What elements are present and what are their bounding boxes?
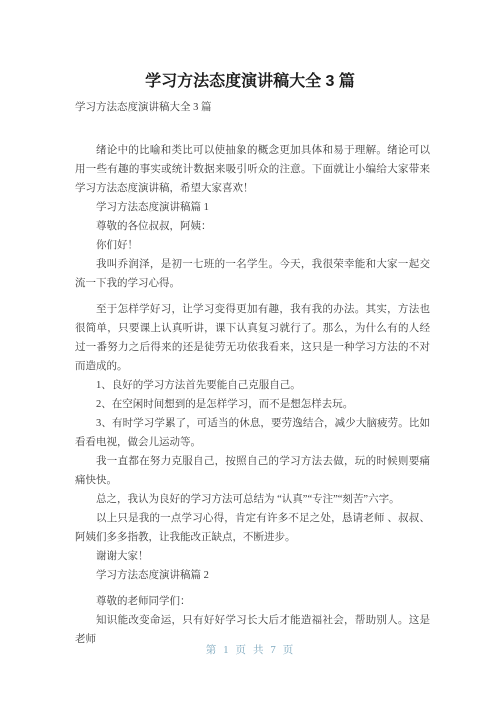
paragraph-list-item-3: 3、有时学习学累了，可适当的休息，要劳逸结合，减少大脑疲劳。比如看看电视，做会儿…: [75, 414, 430, 452]
paragraph-summary: 总之，我认为良好的学习方法可总结为 “认真”“专注”“刻苦”六字。: [75, 490, 430, 509]
paragraph-closing-remarks: 以上只是我的一点学习心得，肯定有许多不足之处，恳请老师 、叔叔、阿姨们多多指教，…: [75, 509, 430, 547]
section-heading-1: 学习方法态度演讲稿篇 1: [75, 198, 430, 217]
paragraph-list: 绪论中的比喻和类比可以使抽象的概念更加具体和易于理解。绪论可以用一些有趣的事实或…: [75, 141, 430, 649]
paragraph-list-item-2: 2、在空闲时间想到的是怎样学习，而不是想怎样去玩。: [75, 395, 430, 414]
page-footer: 第1页共7页: [0, 644, 500, 658]
paragraph-list-item-1: 1、良好的学习方法首先要能自己克服自己。: [75, 376, 430, 395]
footer-total-pages: 7: [271, 645, 277, 656]
footer-current-page: 1: [223, 645, 229, 656]
paragraph-salutation-1: 尊敬的各位叔叔，阿姨：: [75, 217, 430, 236]
paragraph-salutation-2: 尊敬的老师同学们：: [75, 592, 430, 611]
paragraph-thanks: 谢谢大家！: [75, 547, 430, 566]
footer-page-unit: 页: [236, 645, 248, 656]
section-heading-2: 学习方法态度演讲稿篇 2: [75, 566, 430, 585]
footer-page-label: 第: [206, 645, 218, 656]
document-content: 学习方法态度演讲稿大全 3 篇 绪论中的比喻和类比可以使抽象的概念更加具体和易于…: [0, 100, 500, 649]
paragraph-method-overview: 至于怎样学好习，让学习变得更加有趣，我有我的办法。其实，方法也很简单，只要课上认…: [75, 300, 430, 376]
paragraph-self-discipline: 我一直都在努力克服自己，按照自己的学习方法去做，玩的时候则要痛痛快快。: [75, 452, 430, 490]
paragraph-greeting: 你们好！: [75, 236, 430, 255]
footer-total-label: 共: [253, 645, 265, 656]
document-page: 学习方法态度演讲稿大全 3 篇 学习方法态度演讲稿大全 3 篇 绪论中的比喻和类…: [0, 0, 500, 707]
document-subtitle: 学习方法态度演讲稿大全 3 篇: [75, 100, 430, 115]
paragraph-intro: 绪论中的比喻和类比可以使抽象的概念更加具体和易于理解。绪论可以用一些有趣的事实或…: [75, 141, 430, 198]
document-title: 学习方法态度演讲稿大全 3 篇: [0, 0, 500, 92]
paragraph-self-introduction: 我叫乔润泽，是初一七班的一名学生。今天，我很荣幸能和大家一起交流一下我的学习心得…: [75, 255, 430, 293]
footer-total-unit: 页: [283, 645, 295, 656]
